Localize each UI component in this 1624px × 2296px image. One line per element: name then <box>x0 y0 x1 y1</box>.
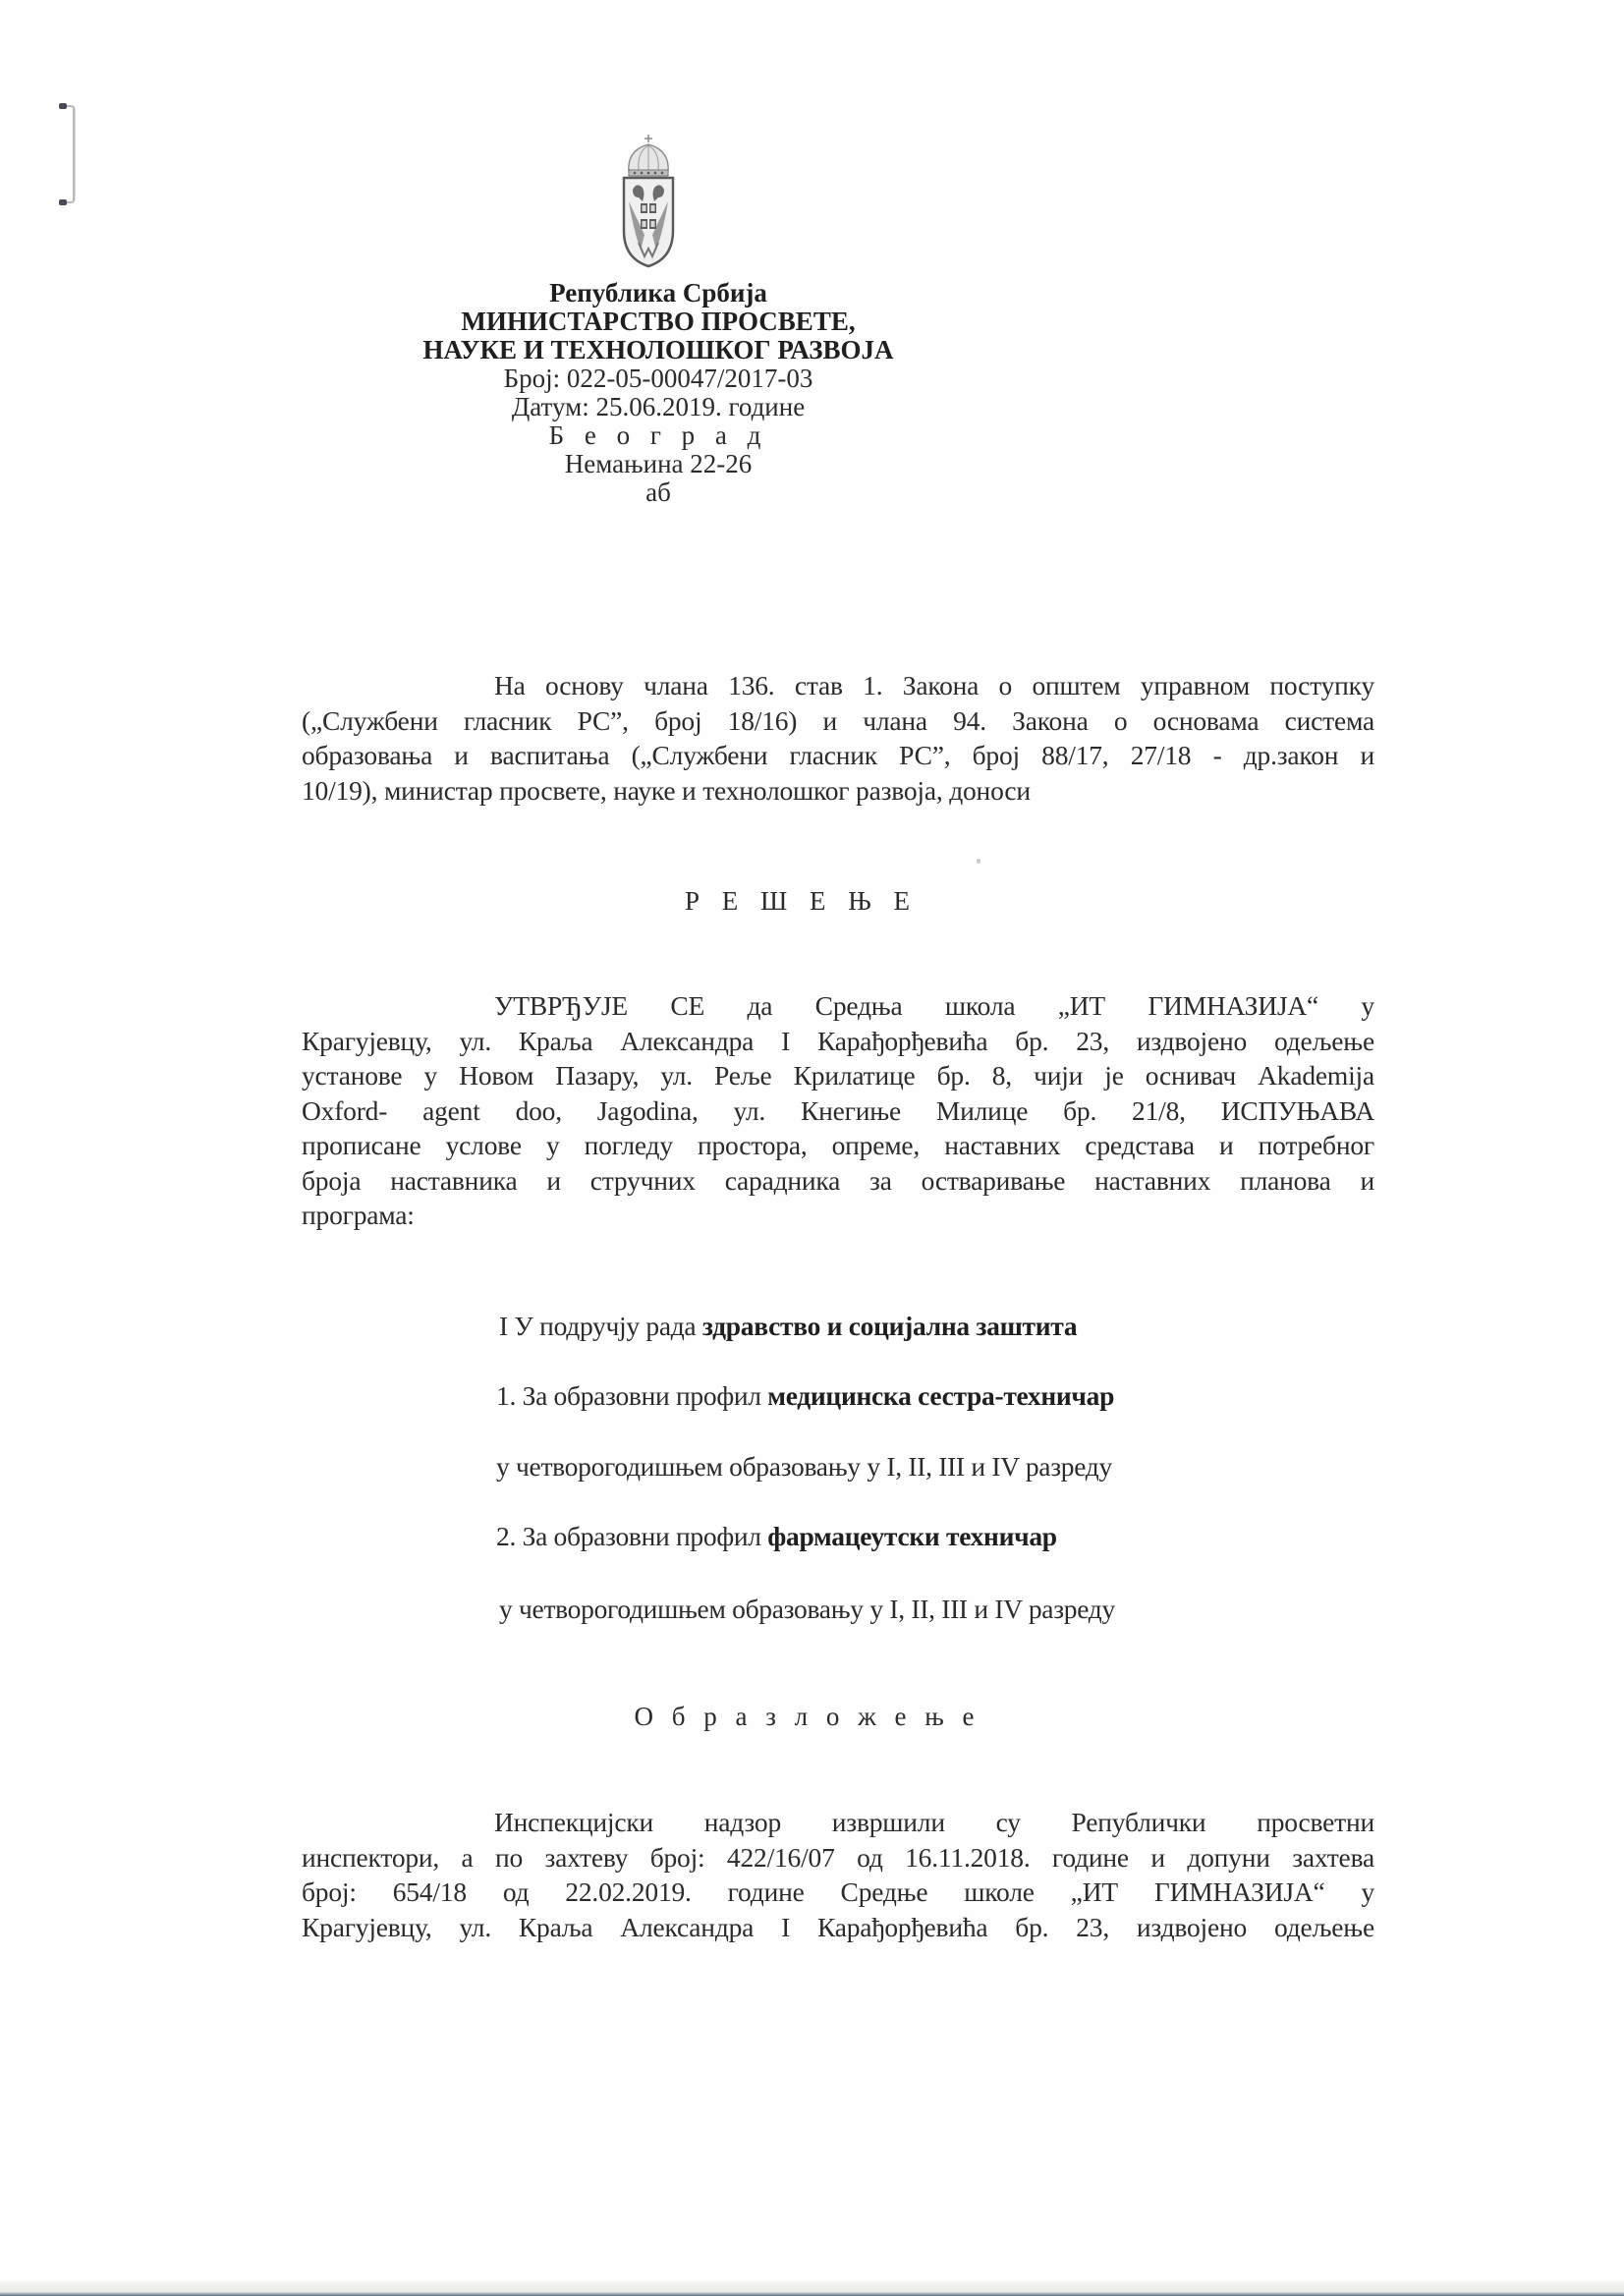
decision-line: Oxford- agent doo, Jagodina, ул. Кнегиње… <box>302 1093 1374 1129</box>
reasoning-line: инспектори, а по захтеву број: 422/16/07… <box>302 1840 1374 1876</box>
profile-detail-2: у четворогодишњем образовању у I, II, II… <box>499 1594 1115 1625</box>
profile-prefix: 2. За образовни профил <box>496 1521 767 1551</box>
decision-line: прописане услове у погледу простора, опр… <box>302 1128 1374 1163</box>
field-of-work: I У подручју рада здравство и социјална … <box>499 1311 1077 1342</box>
ministry-name-line-1: МИНИСТАРСТВО ПРОСВЕТЕ, <box>324 308 992 336</box>
preamble-paragraph: На основу члана 136. став 1. Закона о оп… <box>302 668 1374 808</box>
decision-paragraph: УТВРЂУЈЕ СЕ да Средња школа „ИТ ГИМНАЗИЈ… <box>302 988 1374 1233</box>
reasoning-paragraph: Инспекцијски надзор извршили су Републич… <box>302 1805 1374 1944</box>
decision-line: броја наставника и стручних сарадника за… <box>302 1163 1374 1199</box>
reasoning-title: О б р а з л о ж е њ е <box>0 1702 1619 1732</box>
scan-speck <box>977 859 980 864</box>
ministry-name-line-2: НАУКЕ И ТЕХНОЛОШКОГ РАЗВОЈА <box>324 336 992 364</box>
document-date: Датум: 25.06.2019. године <box>324 393 992 421</box>
document-number: Број: 022-05-00047/2017-03 <box>324 364 992 393</box>
staple-mark <box>65 105 75 203</box>
reasoning-line: Крагујевцу, ул. Краља Александра I Карађ… <box>302 1910 1374 1945</box>
preamble-line: („Службени гласник РС”, број 18/16) и чл… <box>302 703 1374 739</box>
scan-bottom-edge <box>0 2281 1624 2296</box>
profile-prefix: 1. За образовни профил <box>496 1380 767 1411</box>
field-prefix: I У подручју рада <box>499 1311 702 1341</box>
decision-line: Крагујевцу, ул. Краља Александра I Карађ… <box>302 1024 1374 1059</box>
reasoning-line: број: 654/18 од 22.02.2019. године Средњ… <box>302 1875 1374 1910</box>
decision-line: програма: <box>302 1198 1374 1233</box>
ministry-address: Немањина 22-26 <box>324 450 992 478</box>
letterhead: Република Србија МИНИСТАРСТВО ПРОСВЕТЕ, … <box>324 279 992 507</box>
profile-item-1: 1. За образовни профил медицинска сестра… <box>496 1380 1114 1412</box>
field-name: здравство и социјална заштита <box>702 1311 1077 1341</box>
profile-detail-1: у четворогодишњем образовању у I, II, II… <box>496 1451 1112 1483</box>
decision-line: установе у Новом Пазару, ул. Реље Крилат… <box>302 1058 1374 1093</box>
decision-line: УТВРЂУЈЕ СЕ да Средња школа „ИТ ГИМНАЗИЈ… <box>302 988 1374 1024</box>
decision-title: Р Е Ш Е Њ Е <box>0 886 1613 917</box>
profile-name: медицинска сестра-техничар <box>767 1380 1114 1411</box>
profile-item-2: 2. За образовни профил фармацеутски техн… <box>496 1521 1057 1552</box>
document-page: Република Србија МИНИСТАРСТВО ПРОСВЕТЕ, … <box>0 0 1624 2296</box>
profile-name: фармацеутски техничар <box>767 1521 1057 1551</box>
preamble-line: 10/19), министар просвете, науке и техно… <box>302 773 1374 809</box>
reasoning-line: Инспекцијски надзор извршили су Републич… <box>302 1805 1374 1840</box>
document-city: Б е о г р а д <box>324 421 992 450</box>
author-initials: аб <box>324 478 992 507</box>
preamble-line: На основу члана 136. став 1. Закона о оп… <box>302 668 1374 703</box>
country-name: Република Србија <box>324 279 992 308</box>
serbia-coat-of-arms-icon <box>619 133 678 270</box>
preamble-line: образовања и васпитања („Службени гласни… <box>302 738 1374 773</box>
